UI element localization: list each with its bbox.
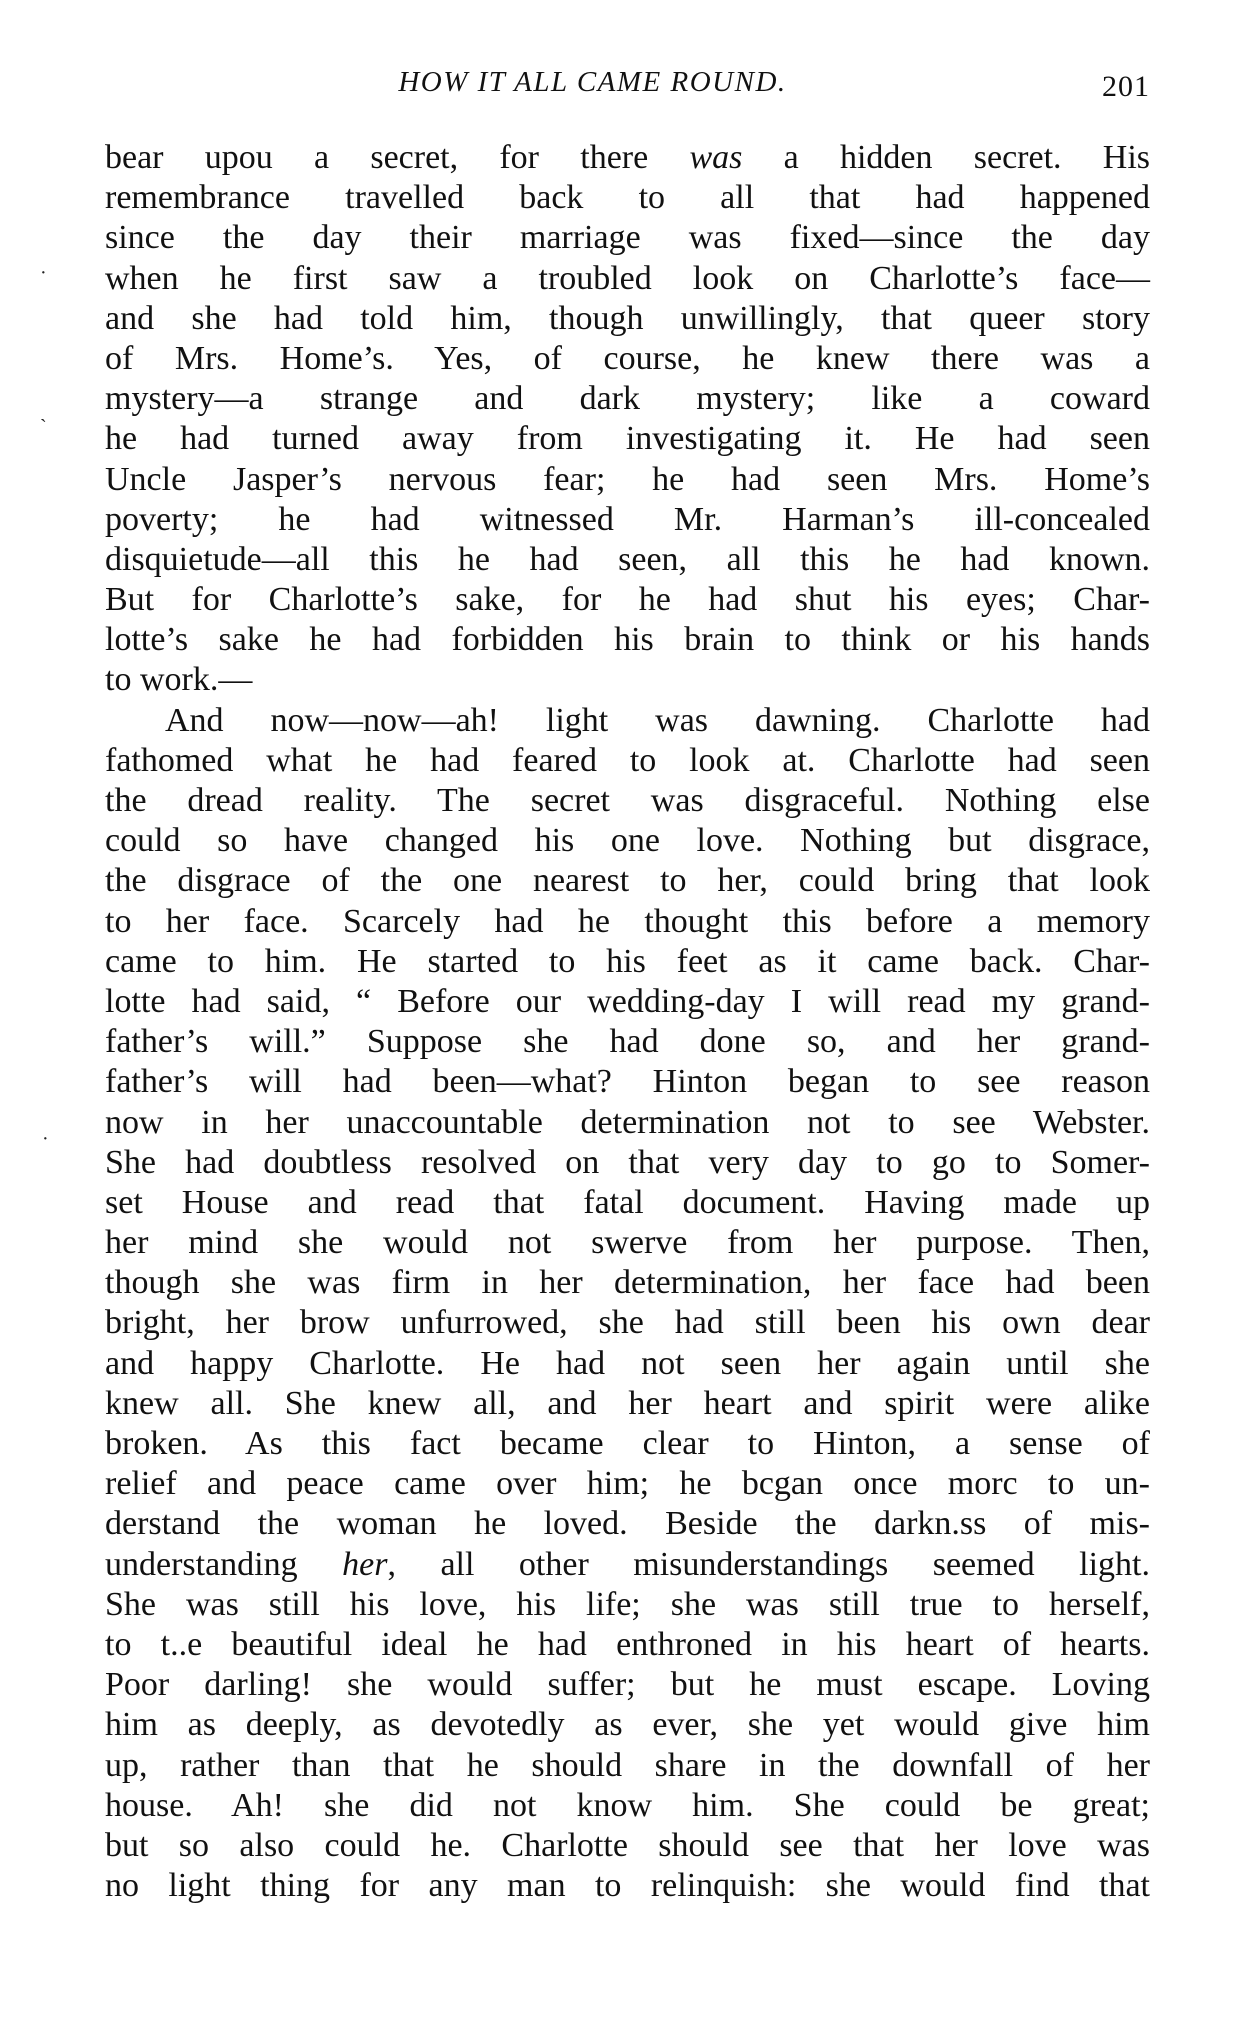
text-line: but so also could he. Charlotte should s… — [105, 1826, 1150, 1866]
text-line: disquietude—all this he had seen, all th… — [105, 540, 1150, 580]
text-line: bear upou a secret, for there was a hidd… — [105, 138, 1150, 178]
text-line: She was still his love, his life; she wa… — [105, 1585, 1150, 1625]
text-line: could so have changed his one love. Noth… — [105, 821, 1150, 861]
text-line: set House and read that fatal document. … — [105, 1183, 1150, 1223]
text-line: of Mrs. Home’s. Yes, of course, he knew … — [105, 339, 1150, 379]
text-fragment: , all other misunderstandings seemed lig… — [387, 1546, 1150, 1583]
body-text: bear upou a secret, for there was a hidd… — [105, 138, 1150, 1906]
text-fragment: bear upou a secret, for there — [105, 139, 689, 176]
text-line: Poor darling! she would suffer; but he m… — [105, 1665, 1150, 1705]
text-line: mystery—a strange and dark mystery; like… — [105, 379, 1150, 419]
text-fragment: a hidden secret. His — [742, 139, 1150, 176]
text-line: father’s will had been—what? Hinton bega… — [105, 1062, 1150, 1102]
text-line: lotte had said, “ Before our wedding-day… — [105, 982, 1150, 1022]
text-line: came to him. He started to his feet as i… — [105, 942, 1150, 982]
text-line: the dread reality. The secret was disgra… — [105, 781, 1150, 821]
text-fragment: understanding — [105, 1546, 342, 1583]
text-line: poverty; he had witnessed Mr. Harman’s i… — [105, 500, 1150, 540]
italic-word: was — [689, 139, 742, 176]
text-line: father’s will.” Suppose she had done so,… — [105, 1022, 1150, 1062]
text-line: though she was firm in her determination… — [105, 1263, 1150, 1303]
running-title: HOW IT ALL CAME ROUND. — [105, 66, 1150, 99]
running-head: HOW IT ALL CAME ROUND. 201 — [105, 60, 1150, 110]
text-line: to t..e beautiful ideal he had enthroned… — [105, 1625, 1150, 1665]
text-line: Uncle Jasper’s nervous fear; he had seen… — [105, 460, 1150, 500]
text-line: fathomed what he had feared to look at. … — [105, 741, 1150, 781]
text-line: lotte’s sake he had forbidden his brain … — [105, 620, 1150, 660]
print-speck: ` — [40, 416, 47, 439]
text-line: he had turned away from investigating it… — [105, 419, 1150, 459]
text-line: bright, her brow unfurrowed, she had sti… — [105, 1303, 1150, 1343]
text-line: since the day their marriage was fixed—s… — [105, 218, 1150, 258]
text-line: knew all. She knew all, and her heart an… — [105, 1384, 1150, 1424]
text-line: house. Ah! she did not know him. She cou… — [105, 1786, 1150, 1826]
text-line: and she had told him, though unwillingly… — [105, 299, 1150, 339]
text-line: no light thing for any man to relinquish… — [105, 1866, 1150, 1906]
paragraph-start-line: And now—now—ah! light was dawning. Charl… — [105, 701, 1150, 741]
text-line: remembrance travelled back to all that h… — [105, 178, 1150, 218]
text-line: now in her unaccountable determination n… — [105, 1103, 1150, 1143]
text-line: her mind she would not swerve from her p… — [105, 1223, 1150, 1263]
page-number: 201 — [1102, 70, 1150, 104]
text-line: when he first saw a troubled look on Cha… — [105, 259, 1150, 299]
print-speck: · — [42, 1128, 49, 1151]
text-line: She had doubtless resolved on that very … — [105, 1143, 1150, 1183]
text-line: But for Charlotte’s sake, for he had shu… — [105, 580, 1150, 620]
print-speck: · — [40, 262, 47, 285]
text-line: the disgrace of the one nearest to her, … — [105, 861, 1150, 901]
text-line: relief and peace came over him; he bcgan… — [105, 1464, 1150, 1504]
text-line: him as deeply, as devotedly as ever, she… — [105, 1705, 1150, 1745]
text-line: understanding her, all other misundersta… — [105, 1545, 1150, 1585]
text-line: up, rather than that he should share in … — [105, 1746, 1150, 1786]
text-line: to her face. Scarcely had he thought thi… — [105, 902, 1150, 942]
text-line: broken. As this fact became clear to Hin… — [105, 1424, 1150, 1464]
italic-word: her — [342, 1546, 387, 1583]
text-line: to work.— — [105, 660, 1150, 700]
book-page: HOW IT ALL CAME ROUND. 201 · ` · bear up… — [0, 0, 1238, 2029]
text-line: derstand the woman he loved. Beside the … — [105, 1504, 1150, 1544]
text-line: and happy Charlotte. He had not seen her… — [105, 1344, 1150, 1384]
